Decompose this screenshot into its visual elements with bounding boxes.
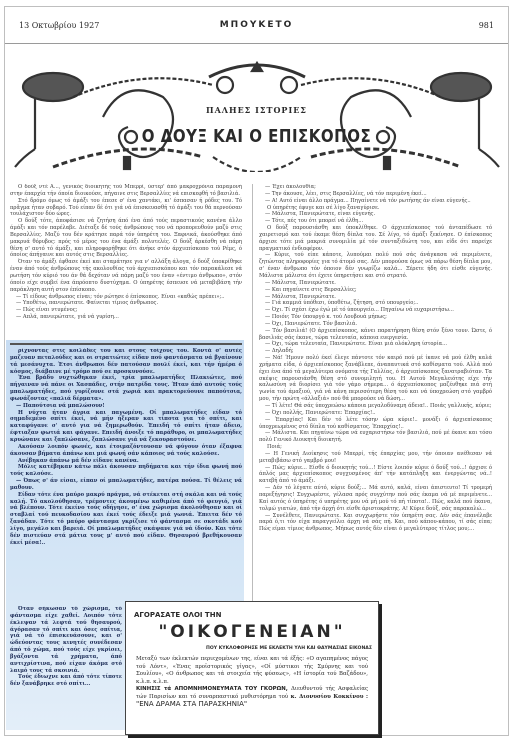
- magazine-name: ΜΠΟΥΚΕΤΟ: [5, 20, 508, 30]
- paragraph: Ο δούξ παρουσιάσθη και ύποκλίθηκε. Ο άρχ…: [259, 225, 492, 252]
- paragraph: — Τί λέτε! Θά σάς ύποχρεώσω κάποια μεγαλ…: [259, 403, 492, 410]
- paragraph: — Έχει άκολουθία;: [259, 184, 492, 191]
- paragraph: Τούς έδιωχνε και άπό τότε τίποτε δέν ξαν…: [10, 674, 122, 688]
- paragraph: — Νά! Ήμουν πολύ έκεί έλεγε πάντοτε τόν …: [259, 355, 492, 403]
- ad-body-text: Μεταξύ των έκλεκτών περιεχομένων της, εί…: [136, 656, 368, 685]
- article-kicker: ΠΑΛΗΕΣ ΙΣΤΟΡΙΕΣ: [5, 105, 508, 115]
- paragraph: Ποιά;: [259, 444, 492, 451]
- highlighted-column-text: ρίχνοντας στις κοιλάδες του και στους το…: [10, 348, 242, 606]
- paragraph: — Απλά, πανιερώτατε, γιά νά γυρίση...: [10, 314, 242, 321]
- paragraph: — Τόν βασιλιά! (Ο άρχιεπίσκοπος, κάνει π…: [259, 328, 492, 342]
- ad-author: κ. Διονυσίου Κοκκίνου :: [291, 694, 368, 700]
- paragraph: Όταν σήκωσαν τό χώρισμα, τό φάντασμα είχ…: [10, 606, 122, 674]
- paragraph: — Μάλιστα, Πανιερώτατε.: [259, 280, 492, 287]
- ad-caps-line: ΚΙΝΗΣΙΣ τά ΑΠΟΜΝΗΜΟΝΕΥΜΑΤΑ ΤΟΥ ΓΚΟΡΩΝ,: [136, 686, 288, 692]
- paragraph: Ο δούξ τότε, άποφάσισε νά ζητήση άπό ένα…: [10, 218, 242, 259]
- paragraph: — Την άκουσε, λέει, στις Βερσαλλίες, νά …: [259, 191, 492, 198]
- ad-lead: ΑΓΟΡΑΣΑΤΕ ΟΛΟΙ ΤΗΝ: [134, 611, 221, 619]
- paragraph: — Δέν τό λέγατε αύτό, κύριε δούξ;... Μά …: [259, 485, 492, 512]
- paragraph: — Όπως σ' άν είσαι, είπαν οί μπαλωματήδε…: [10, 478, 242, 492]
- paragraph: — Όχι, Πανιερώτατε. Τόν βασιλιά.: [259, 321, 492, 328]
- column-divider-rule: [10, 343, 242, 345]
- paragraph: Στό δρόμο όμως τό άμάξι του έπεσε σ' ένα…: [10, 198, 242, 219]
- paragraph: Η νύχτα ήταν άγρια και παγωμένη. Οί μπαλ…: [10, 410, 242, 444]
- running-head: 13 Οκτωβρίου 1927 ΜΠΟΥΚΕΤΟ 981: [5, 7, 508, 44]
- paragraph: Ένα βράδυ νυχτώθηκαν έκεί, τρία μπαλωματ…: [10, 375, 242, 402]
- advertisement-box: ΑΓΟΡΑΣΑΤΕ ΟΛΟΙ ΤΗΝ "ΟΙΚΟΓΕΝΕΙΑΝ" ΠΟΥ ΚΥΚ…: [125, 601, 379, 735]
- paragraph: — Έπαρχίας! Και δέν τό λέτε τόσην ώρα κύ…: [259, 417, 492, 431]
- paragraph: — Α! Αυτό είναι άλλο πράγμα... Πηγαίνετε…: [259, 198, 492, 205]
- paragraph: — Η Γενική Διοίκησις τού Μπερρί, τής έπα…: [259, 451, 492, 465]
- paragraph: — Μάλιστα. Και πηγαίνω τώρα νά ευχαριστή…: [259, 430, 492, 444]
- ad-body: Μεταξύ των έκλεκτών περιεχομένων της, εί…: [136, 656, 368, 710]
- paragraph: — Όχι πολλής, Πανιερώτατε: Έπαρχίας!..: [259, 410, 492, 417]
- paragraph: — Κύριε, τού είπε κάποτε, λυπούμαι πολύ …: [259, 252, 492, 279]
- paragraph: Μόλις κατέβηκαν κάτω πάλι άκουσαν πηδήμα…: [10, 464, 242, 478]
- paragraph: Ακούσαν λοιπόν φωνές, και έτοιμαζόντουσα…: [10, 444, 242, 458]
- paragraph: ρίχνοντας στις κοιλάδες του και στους το…: [10, 348, 242, 375]
- left-column-top: Ο δούξ ντέ Α..., γενικός διοικητής τού Μ…: [10, 184, 242, 339]
- ad-subline: ΠΟΥ ΚΥΚΛΟΦΟΡΗΣΕ ΜΕ ΕΚΛΕΚΤΗ ΥΛΗ ΚΑΙ ΘΑΥΜΑ…: [126, 646, 372, 651]
- paragraph: Ο δούξ ντέ Α..., γενικός διοικητής τού Μ…: [10, 184, 242, 198]
- paragraph: — Όχι. Τί σχέσι έχω έγώ μέ τό ύπουργείο.…: [259, 307, 492, 314]
- ad-final-title: "ΕΝΑ ΔΡΑΜΑ ΣΤΑ ΠΑΡΑΣΚΗΝΙΑ": [136, 700, 247, 708]
- article-title: Ο ΔΟΥΞ ΚΑΙ Ο ΕΠΙΣΚΟΠΟΣ: [5, 125, 508, 147]
- paragraph: — Παπούτσια νά μπαλώσουν!: [10, 403, 242, 410]
- paragraph: — Συνέλθετε, Πανιερώτατε. Και συγχωρήστε…: [259, 513, 492, 534]
- paragraph: Όταν το άμάξι έφθασε έκεί και σταμάτησε …: [10, 259, 242, 293]
- paragraph: — Πώς είναι ντυμένος;: [10, 307, 242, 314]
- ad-headline: "ΟΙΚΟΓΕΝΕΙΑΝ": [126, 622, 378, 642]
- paragraph: — Και πηγαίνετε στις Βερσαλλίες;: [259, 287, 492, 294]
- paragraph: Είδαν τότε ένα μαύρο μακρύ πράγμα, νά στ…: [10, 492, 242, 547]
- highlighted-column-text-continued: Όταν σήκωσαν τό χώρισμα, τό φάντασμα είχ…: [10, 606, 122, 726]
- page-number: 981: [479, 21, 494, 30]
- paragraph: — Όχι, τώρα τελευταία, Πανιερώτατε. Είνα…: [259, 341, 492, 348]
- paragraph: — Ποιόν; Τόν ύπουργό κ. τού Λουβουά μήπω…: [259, 314, 492, 321]
- paragraph: — Πώς; κύριε... Είσθε ό διοικητής τού...…: [259, 465, 492, 486]
